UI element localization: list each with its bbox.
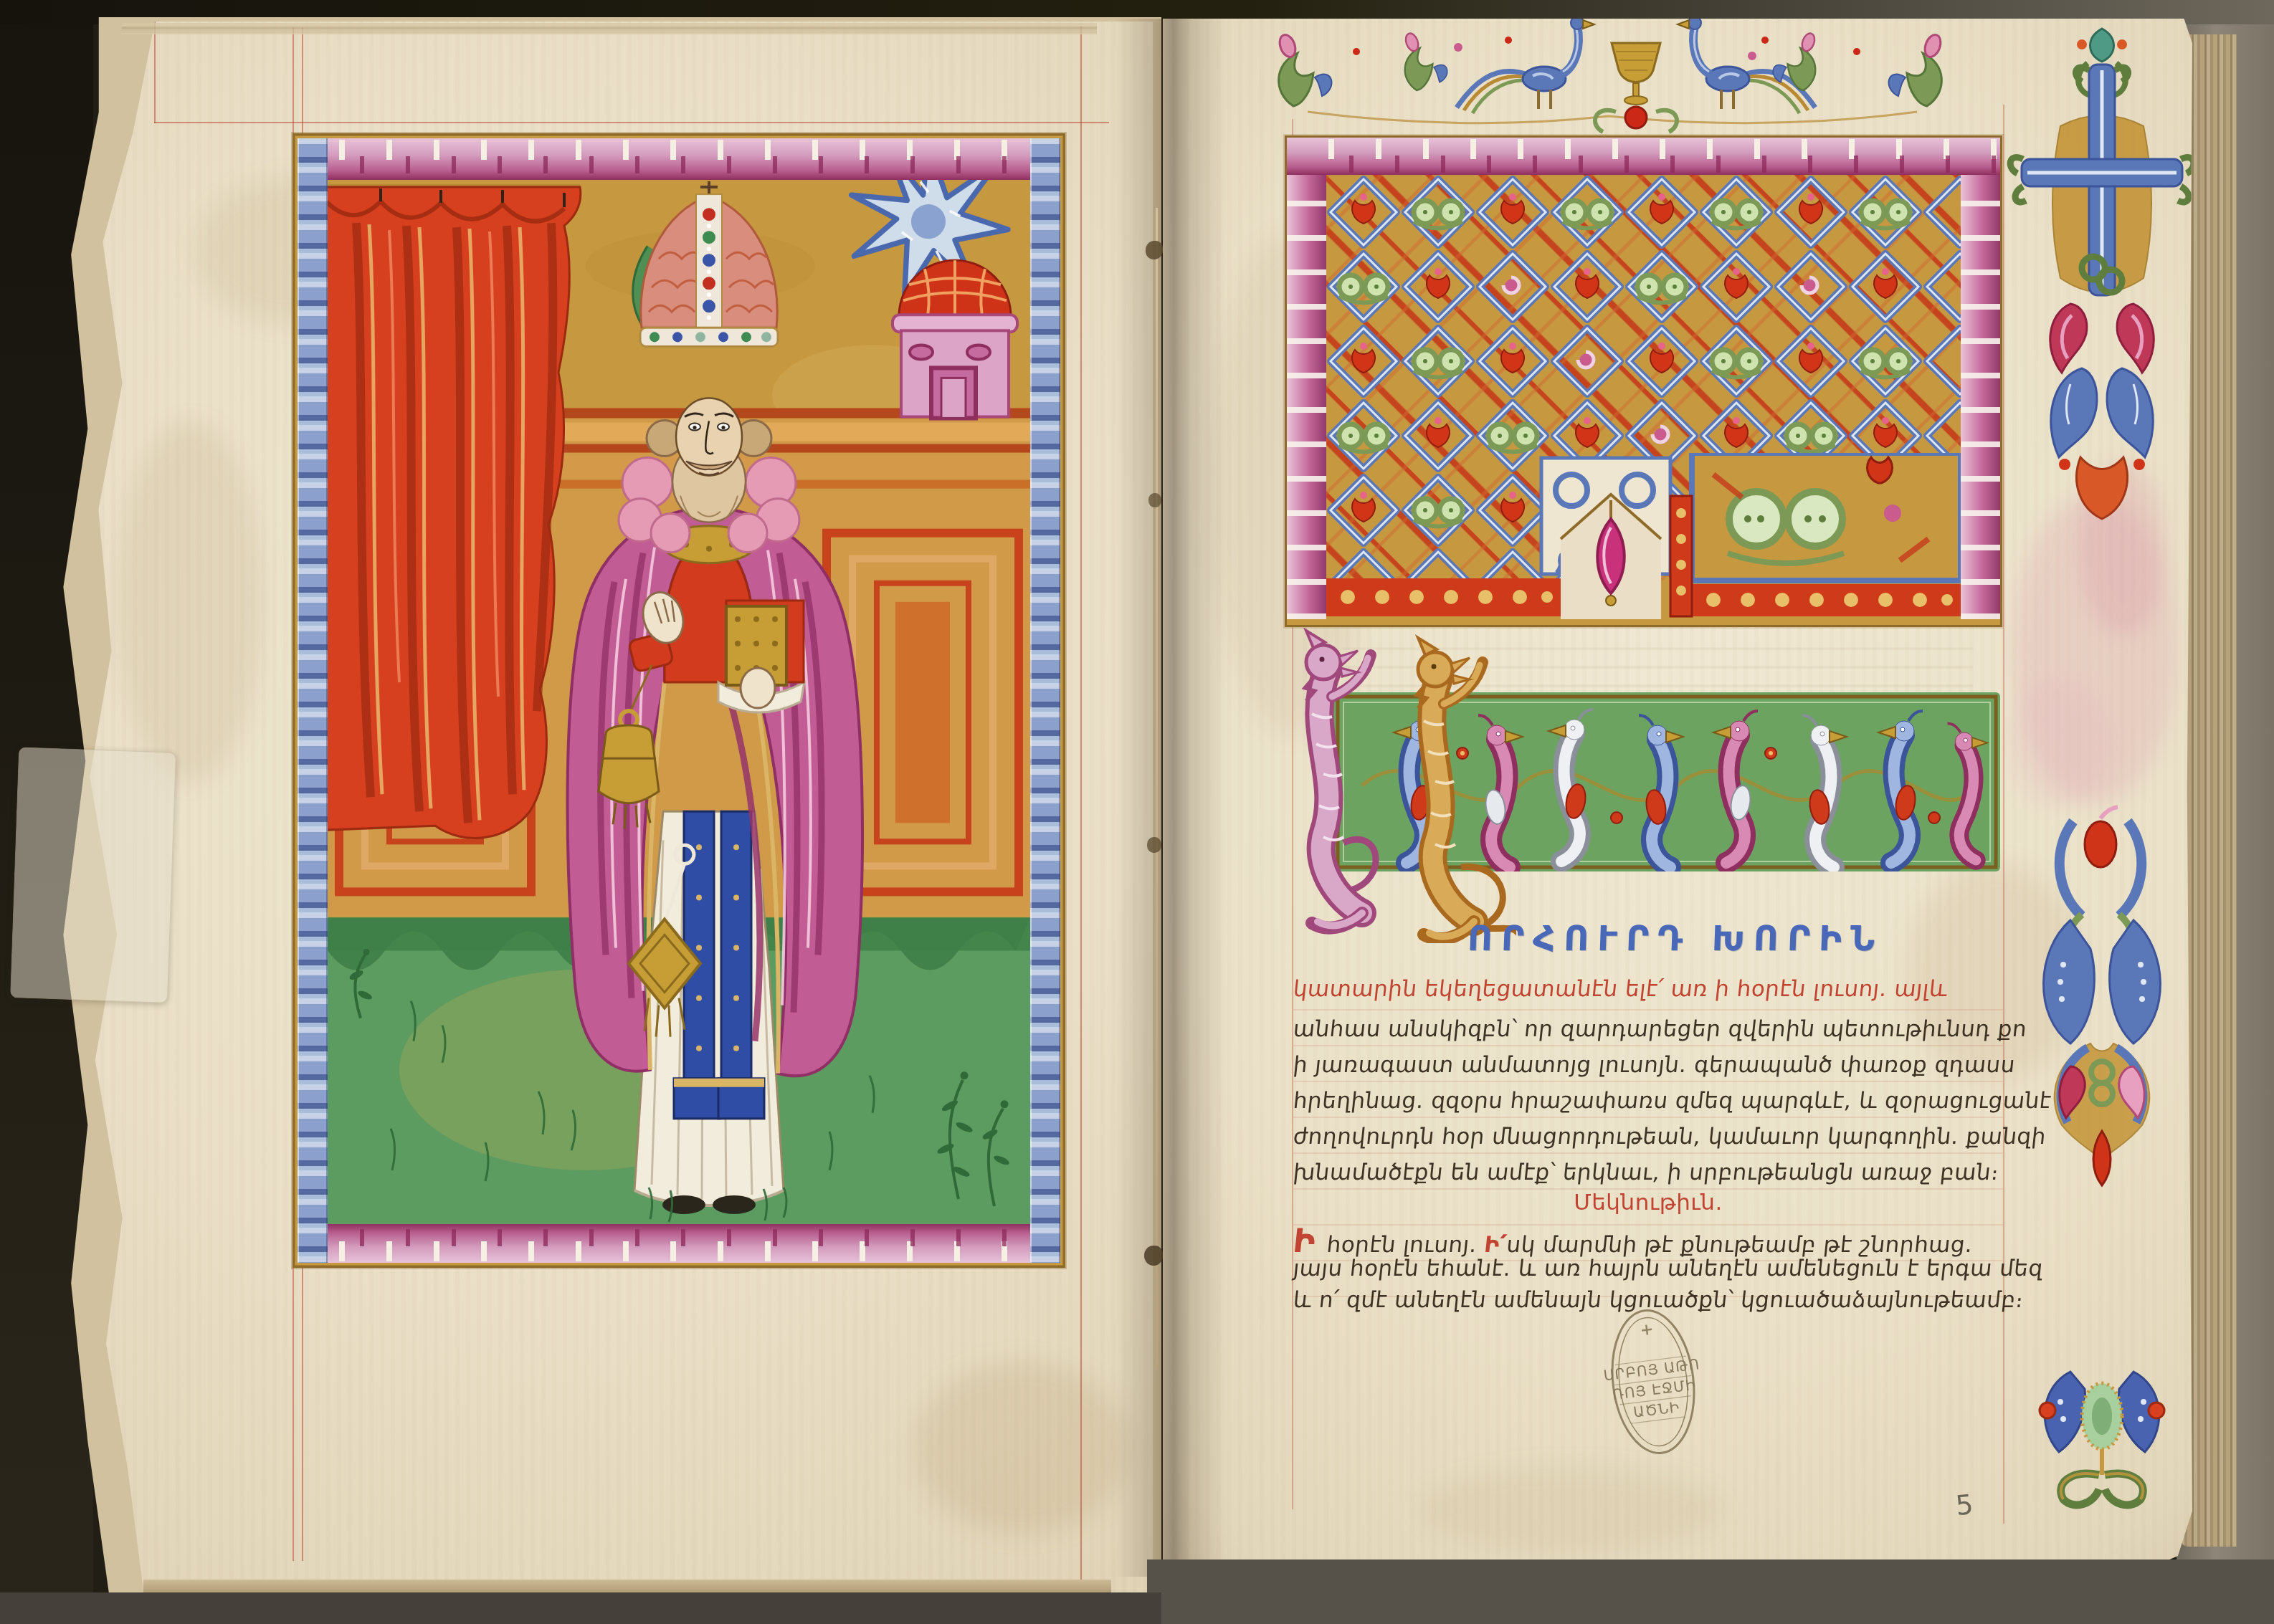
palmette-knot-ornament — [2043, 807, 2160, 1185]
text-span: սկ մարմնի թէ քնութեամբ թէ շնորհաց. — [1505, 1232, 1974, 1258]
chalice-icon — [1595, 43, 1677, 132]
red-initial-mid: Ի՛ — [1483, 1232, 1508, 1258]
miniature-left-bar — [298, 138, 328, 1263]
miniature-scene — [328, 180, 1030, 1224]
left-hand — [741, 668, 775, 708]
zoomorphic-initial — [1276, 628, 1516, 943]
backdrop-bottom-left — [0, 1592, 1161, 1624]
headpiece-cresting — [1207, 19, 2010, 143]
headpiece-left-bar — [1287, 138, 1326, 619]
right-page: ՈՐՀՈՒՐԴ ԽՈՐԻՆ կատարին եկեղեցատանէն ելէ՛ … — [1163, 19, 2192, 1565]
text-line: յայս հօրէն եհանէ. և առ հայրն անեղէն ամեն… — [1292, 1256, 2045, 1281]
ruling-line — [1080, 26, 1082, 1581]
sewing-thread — [1156, 208, 1158, 1369]
text-line: ի յառագաստ անմատոյց լուսոյն. գերապանծ փա… — [1292, 1052, 2017, 1078]
pink-tower-icon — [893, 260, 1017, 418]
text-line: Ի հօրէն լուսոյ. Ի՛սկ մարմնի թէ քնութեամբ… — [1291, 1221, 1975, 1260]
text-line: ժողովուրդն հօր մնացորդութեան, կամաւոր կա… — [1292, 1124, 2047, 1150]
shoe-right — [713, 1195, 756, 1214]
miniature-right-bar — [1030, 138, 1060, 1263]
red-initial: Ի — [1291, 1221, 1318, 1260]
shoe-left — [662, 1195, 705, 1214]
red-curtain — [328, 184, 581, 838]
text-line: անհաս անսկիզբն՝ որ զարդարեցեր զվերին պետ… — [1292, 1016, 2028, 1042]
lilac-lion — [1305, 631, 1376, 928]
top-folio-edge — [122, 23, 1097, 34]
margin-ornament-column — [2002, 19, 2202, 1559]
peacock-left-icon — [1457, 19, 1594, 113]
text-span: հօրէն լուսոյ. — [1318, 1232, 1486, 1258]
manuscript-double-page-photo: ՈՐՀՈՒՐԴ ԽՈՐԻՆ կատարին եկեղեցատանէն ելէ՛ … — [0, 0, 2274, 1624]
library-stamp: ՍՐԲՈՅ ԱԹՈ ՌՈՅ ԷՋՄԻ ԱԾՆԻ — [1602, 1306, 1705, 1458]
gutter-shadow — [1114, 19, 1227, 1577]
bishop-miniature — [292, 133, 1065, 1268]
ruling-line — [154, 122, 1109, 123]
stamp-line: ԱԾՆԻ — [1632, 1398, 1680, 1421]
miniature-bottom-band — [298, 1224, 1060, 1263]
text-line: խնամածէքն են ամէք՝ երկնաւ, ի սրբութեանցն… — [1292, 1160, 2000, 1185]
bottom-palmette-ornament — [2040, 1372, 2164, 1505]
sewing-knot — [1148, 493, 1161, 507]
sewing-knot — [1147, 837, 1161, 853]
gold-lion — [1417, 638, 1516, 939]
title-line-blue: ՈՐՀՈՒՐԴ ԽՈՐԻՆ — [1467, 919, 1884, 959]
rubric-line: կատարին եկեղեցատանէն ելէ՛ առ ի հօրէն լու… — [1292, 976, 1949, 1002]
repair-tape — [10, 747, 176, 1003]
sewing-knot — [1146, 241, 1163, 259]
left-page — [68, 22, 1153, 1595]
sewing-knot — [1144, 1246, 1163, 1266]
text-line: հրեղինաց. զզօրս հրաշափառս զմեզ պարգևէ, և… — [1292, 1088, 2052, 1114]
ruling-line — [154, 22, 156, 123]
backdrop-bottom — [1147, 1559, 2274, 1624]
headpiece-panel — [1287, 138, 2000, 625]
folio-number: 5 — [1954, 1489, 1975, 1522]
miniature-top-band — [298, 138, 1060, 180]
headpiece-right-bar — [1961, 138, 2000, 619]
cross-ornament — [2010, 29, 2194, 519]
rubric-centered: Մեկնութիւն. — [1293, 1190, 2003, 1215]
gospel-book — [718, 601, 804, 712]
headpiece-bottom-zone — [1326, 453, 1961, 619]
headpiece-top-bar — [1287, 138, 2000, 175]
